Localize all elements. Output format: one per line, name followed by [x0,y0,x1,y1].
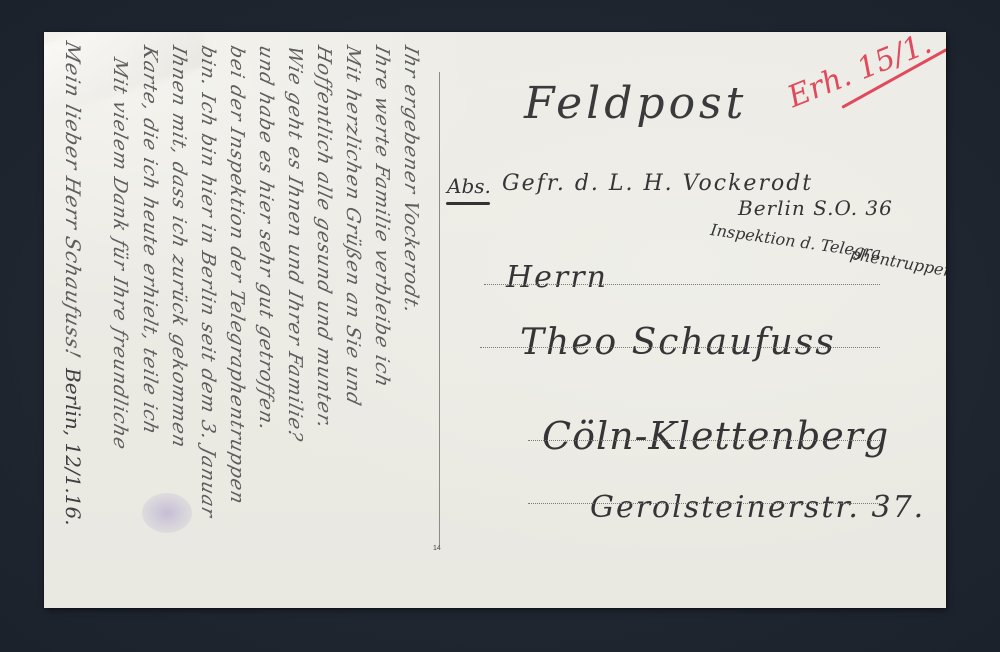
message-line: bin. Ich bin hier in Berlin seit dem 3. … [197,43,219,520]
message-line: Ihnen mit, dass ich zurück gekommen [168,43,190,450]
recipient-name: Theo Schaufuss [520,322,836,363]
recipient-city: Cöln-Klettenberg [542,414,889,458]
sender-label-underline [446,202,490,205]
message-line: Ihre werte Familie verbleibe ich [371,43,393,390]
feldpost-header: Feldpost [524,78,747,129]
message-rotated: Mein lieber Herr Schaufuss! Berlin, 12/1… [52,38,437,598]
message-place-date: Berlin, 12/1.16. [61,368,85,526]
recipient-street: Gerolsteinerstr. 37. [590,490,925,525]
message-line: Mit vielem Dank für Ihre freundliche [109,55,131,452]
message-greeting: Mein lieber Herr Schaufuss! [61,39,85,361]
postcard: Mein lieber Herr Schaufuss! Berlin, 12/1… [44,32,946,608]
message-line: Karte, die ich heute erhielt, teile ich [139,43,161,437]
message-line: Wie geht es Ihnen und Ihrer Familie? [284,43,306,444]
message-area: Mein lieber Herr Schaufuss! Berlin, 12/1… [52,38,437,598]
received-note: Erh. 15/1. [783,32,937,115]
address-line [484,284,880,285]
address-line [528,503,880,504]
printer-mark: 14 [433,545,441,552]
sender-label: Abs. [447,174,491,198]
message-line: Mit herzlichen Grüßen an Sie und [342,43,364,408]
recipient-salutation: Herrn [506,260,608,295]
center-divider [439,72,440,545]
message-line: Hoffentlich alle gesund und munter. [313,43,335,431]
sender-city: Berlin S.O. 36 [738,196,893,220]
address-line [528,440,880,441]
message-line: bei der Inspektion der Telegraphentruppe… [226,43,248,507]
address-line [480,347,880,348]
sender-name: Gefr. d. L. H. Vockerodt [502,171,813,196]
message-line: und habe es hier sehr gut getroffen. [255,43,277,433]
sender-unit-cont: phentruppen. [849,244,946,282]
message-line: Ihr ergebener Vockerodt. [400,43,422,316]
